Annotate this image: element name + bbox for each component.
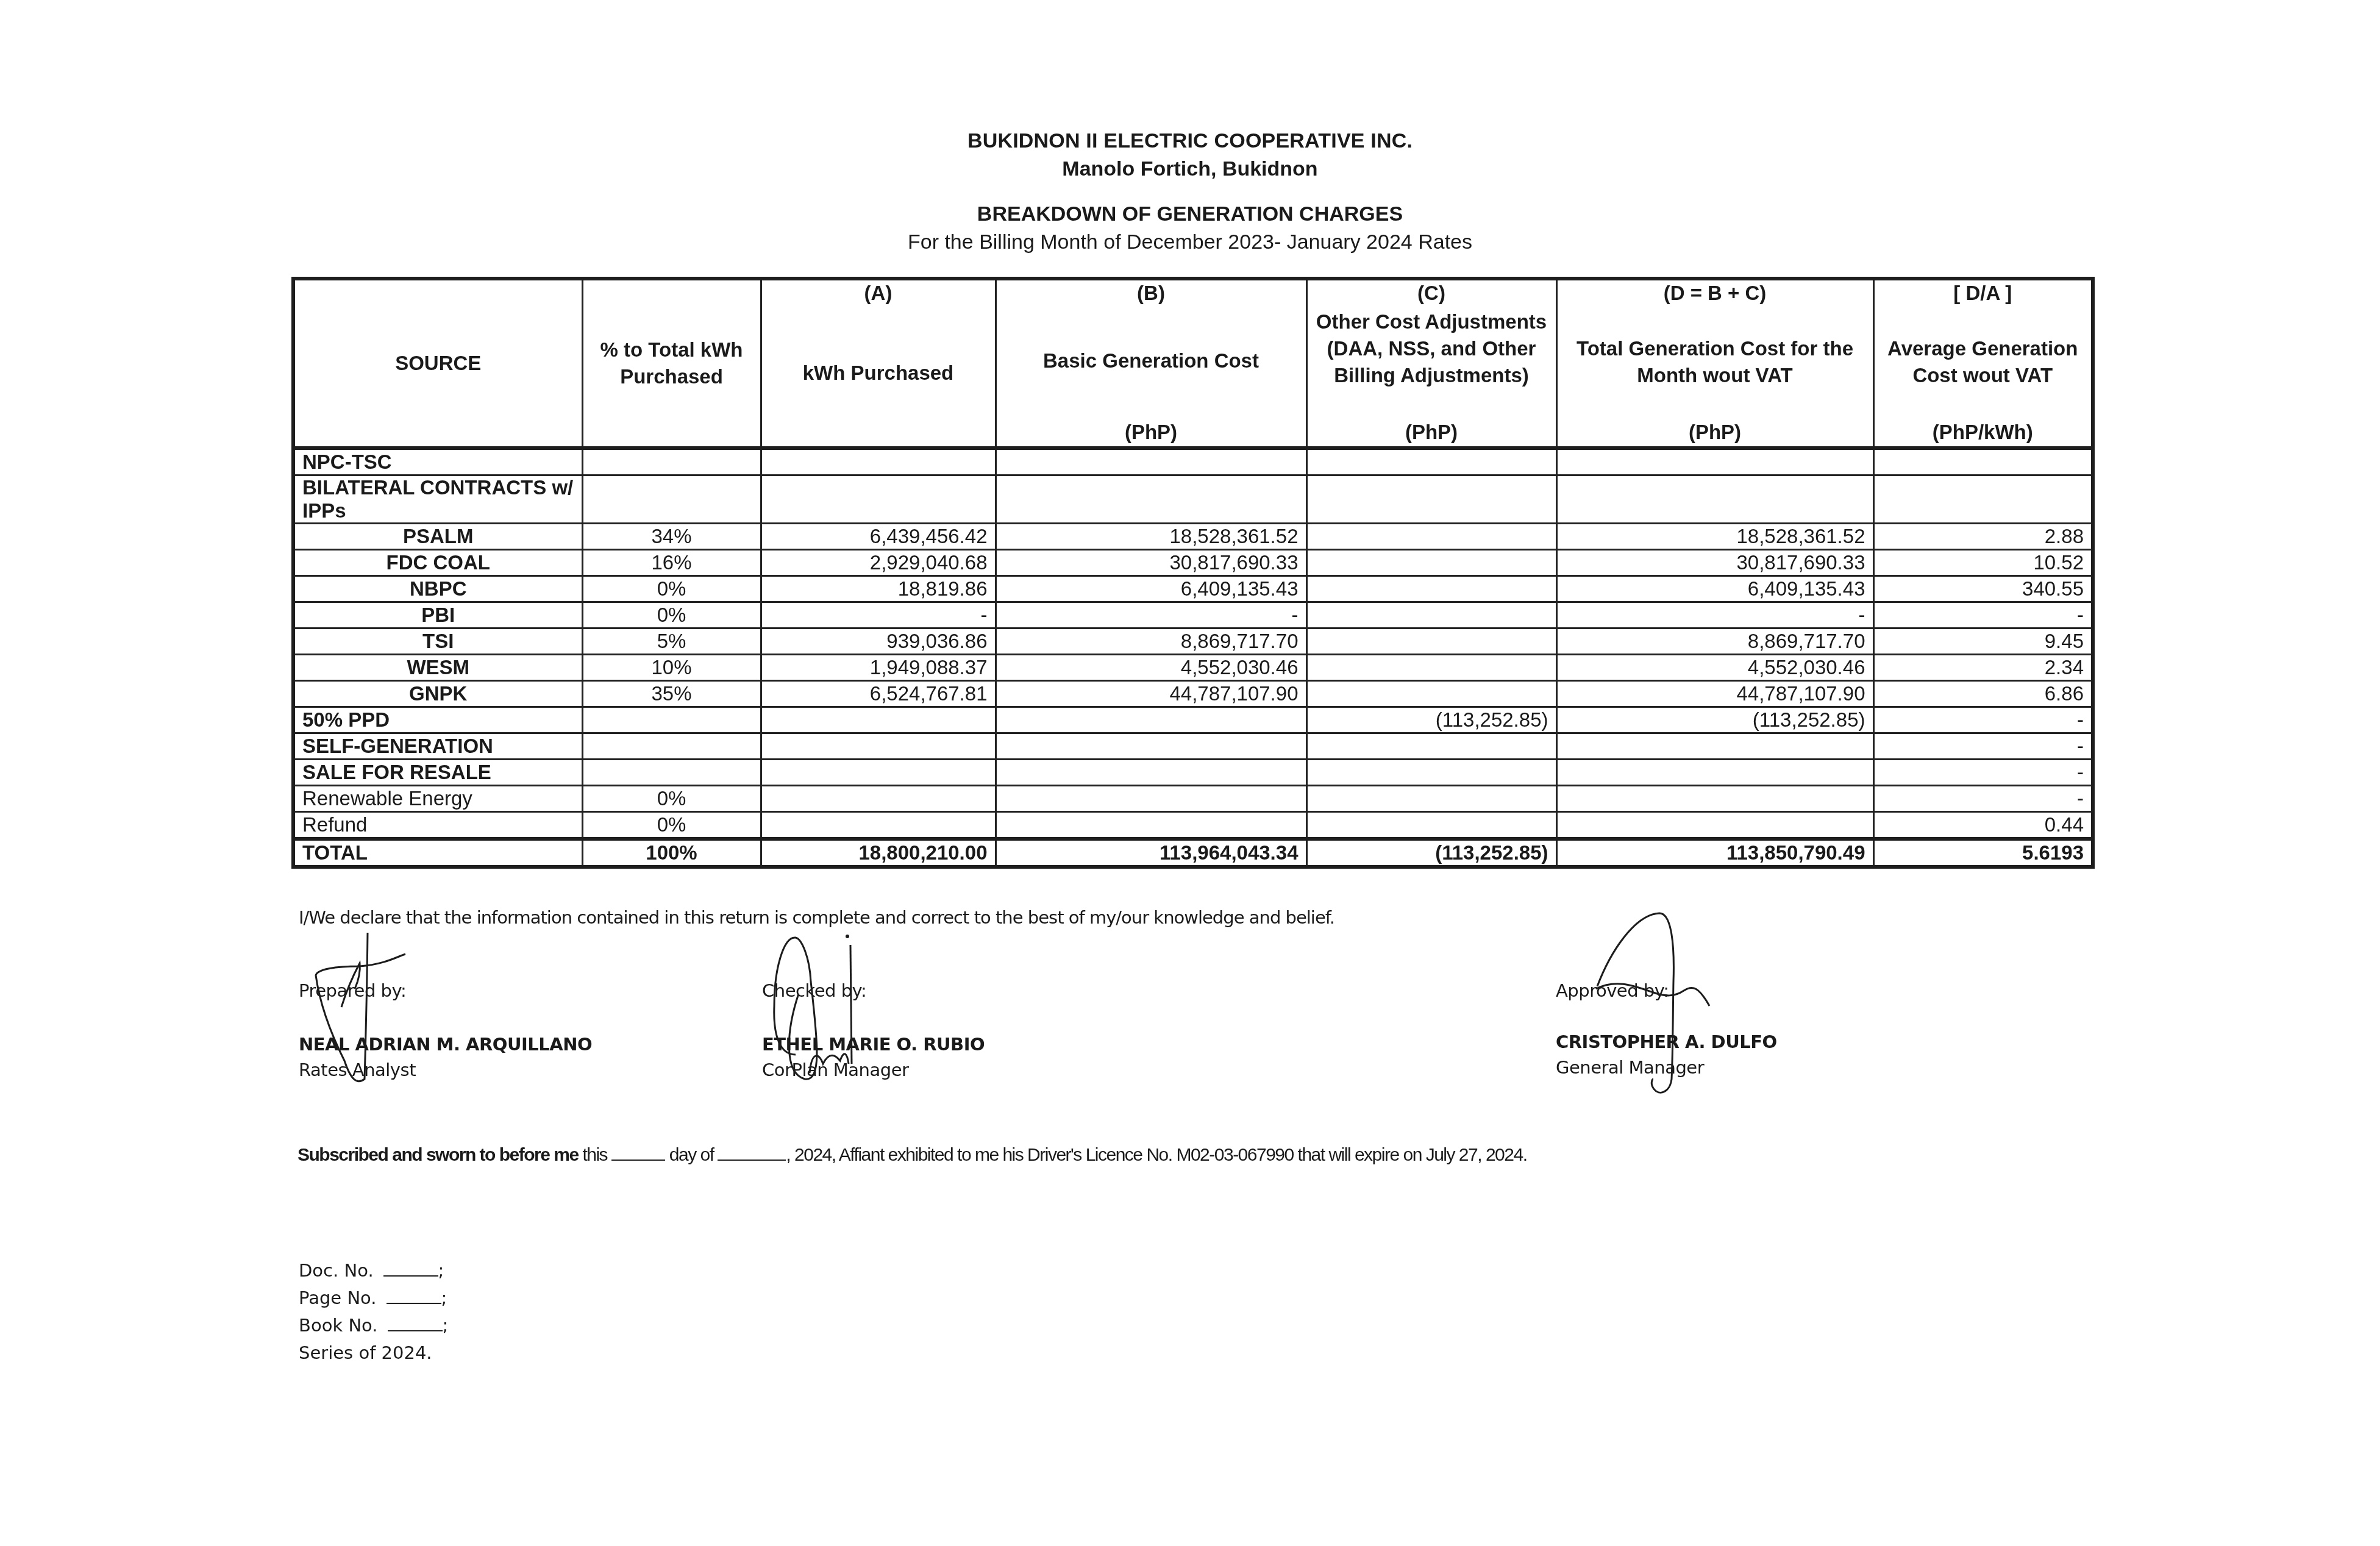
avg-cell (1873, 476, 2093, 524)
kwh-cell: 6,524,767.81 (761, 681, 996, 707)
kwh-cell: - (761, 602, 996, 629)
kwh-cell: 18,819.86 (761, 576, 996, 602)
other-cell (1306, 760, 1556, 786)
doc-no-line: Doc. No.; (299, 1257, 448, 1284)
table-row: Refund0%0.44 (293, 812, 2093, 839)
company-name: BUKIDNON II ELECTRIC COOPERATIVE INC. (0, 129, 2380, 153)
total-cell (1556, 760, 1873, 786)
basic-cell: 6,409,135.43 (996, 576, 1306, 602)
table-row: NPC-TSC (293, 448, 2093, 476)
table-row: FDC COAL16%2,929,040.6830,817,690.3330,8… (293, 550, 2093, 576)
signatory-approved: Approved by: CRISTOPHER A. DULFO General… (1556, 975, 1983, 1134)
kwh-cell (761, 707, 996, 733)
other-cell (1306, 524, 1556, 550)
oath-statement: Subscribed and sworn to before me this d… (297, 1145, 1527, 1166)
pct-cell: 0% (582, 576, 761, 602)
kwh-cell: 6,439,456.42 (761, 524, 996, 550)
avg-cell: - (1873, 602, 2093, 629)
declaration-text: I/We declare that the information contai… (299, 907, 1334, 928)
other-cell (1306, 786, 1556, 812)
table-row: BILATERAL CONTRACTS w/ IPPs (293, 476, 2093, 524)
table-row: TSI5%939,036.868,869,717.708,869,717.709… (293, 629, 2093, 655)
table-header-row: SOURCE % to Total kWh Purchased (A) kWh … (293, 279, 2093, 448)
source-cell: NBPC (293, 576, 582, 602)
basic-cell: 44,787,107.90 (996, 681, 1306, 707)
notary-block: Doc. No.; Page No.; Book No.; Series of … (299, 1257, 448, 1367)
other-cell (1306, 576, 1556, 602)
document-title: BREAKDOWN OF GENERATION CHARGES (0, 202, 2380, 226)
generation-charges-table: SOURCE % to Total kWh Purchased (A) kWh … (291, 277, 2095, 869)
source-cell: PSALM (293, 524, 582, 550)
total-kwh-cell: 18,800,210.00 (761, 839, 996, 867)
source-cell: WESM (293, 655, 582, 681)
signatory-prepared: Prepared by: NEAL ADRIAN M. ARQUILLANO R… (299, 975, 725, 1134)
pct-cell: 0% (582, 786, 761, 812)
pct-cell: 5% (582, 629, 761, 655)
other-cell (1306, 812, 1556, 839)
kwh-cell (761, 786, 996, 812)
kwh-cell (761, 733, 996, 760)
total-cell: 44,787,107.90 (1556, 681, 1873, 707)
other-cell (1306, 655, 1556, 681)
book-no-line: Book No.; (299, 1312, 448, 1339)
day-blank (611, 1159, 665, 1161)
table-row: SELF-GENERATION- (293, 733, 2093, 760)
kwh-cell (761, 760, 996, 786)
total-cell: 4,552,030.46 (1556, 655, 1873, 681)
source-cell: GNPK (293, 681, 582, 707)
avg-cell: 9.45 (1873, 629, 2093, 655)
page-no-line: Page No.; (299, 1284, 448, 1312)
col-header-avg: [ D/A ] Average Generation Cost wout VAT… (1873, 279, 2093, 448)
total-other-cell: (113,252.85) (1306, 839, 1556, 867)
table-row: SALE FOR RESALE- (293, 760, 2093, 786)
table-row: WESM10%1,949,088.374,552,030.464,552,030… (293, 655, 2093, 681)
col-header-other: (C) Other Cost Adjustments (DAA, NSS, an… (1306, 279, 1556, 448)
basic-cell (996, 448, 1306, 476)
total-pct-cell: 100% (582, 839, 761, 867)
kwh-cell (761, 476, 996, 524)
source-cell: Refund (293, 812, 582, 839)
source-cell: PBI (293, 602, 582, 629)
table-row: PBI0%---- (293, 602, 2093, 629)
pct-cell: 0% (582, 602, 761, 629)
pct-cell: 0% (582, 812, 761, 839)
other-cell (1306, 733, 1556, 760)
total-cell: - (1556, 602, 1873, 629)
signature-prepared-icon (299, 939, 482, 1122)
total-label: TOTAL (293, 839, 582, 867)
pct-cell (582, 733, 761, 760)
other-cell (1306, 681, 1556, 707)
pct-cell: 35% (582, 681, 761, 707)
series-line: Series of 2024. (299, 1339, 448, 1367)
kwh-cell (761, 812, 996, 839)
company-location: Manolo Fortich, Bukidnon (0, 157, 2380, 181)
col-header-pct: % to Total kWh Purchased (582, 279, 761, 448)
avg-cell: - (1873, 786, 2093, 812)
table-row: PSALM34%6,439,456.4218,528,361.5218,528,… (293, 524, 2093, 550)
total-cell: 30,817,690.33 (1556, 550, 1873, 576)
kwh-cell: 2,929,040.68 (761, 550, 996, 576)
basic-cell: 30,817,690.33 (996, 550, 1306, 576)
col-header-basic: (B) Basic Generation Cost (PhP) (996, 279, 1306, 448)
table-row: 50% PPD(113,252.85)(113,252.85)- (293, 707, 2093, 733)
col-header-source: SOURCE (293, 279, 582, 448)
avg-cell: 6.86 (1873, 681, 2093, 707)
kwh-cell: 939,036.86 (761, 629, 996, 655)
pct-cell (582, 760, 761, 786)
table-row: NBPC0%18,819.866,409,135.436,409,135.433… (293, 576, 2093, 602)
basic-cell: 18,528,361.52 (996, 524, 1306, 550)
avg-cell: 340.55 (1873, 576, 2093, 602)
avg-cell: - (1873, 707, 2093, 733)
avg-cell: - (1873, 760, 2093, 786)
basic-cell (996, 476, 1306, 524)
total-cell: (113,252.85) (1556, 707, 1873, 733)
avg-cell: 2.34 (1873, 655, 2093, 681)
other-cell: (113,252.85) (1306, 707, 1556, 733)
kwh-cell: 1,949,088.37 (761, 655, 996, 681)
pct-cell: 34% (582, 524, 761, 550)
source-cell: NPC-TSC (293, 448, 582, 476)
basic-cell (996, 707, 1306, 733)
other-cell (1306, 629, 1556, 655)
signature-checked-icon (762, 933, 945, 1116)
signatory-checked: Checked by: ETHEL MARIE O. RUBIO CorPlan… (762, 975, 1189, 1134)
total-cell (1556, 476, 1873, 524)
source-cell: FDC COAL (293, 550, 582, 576)
basic-cell: 4,552,030.46 (996, 655, 1306, 681)
total-cell: 8,869,717.70 (1556, 629, 1873, 655)
document-subtitle: For the Billing Month of December 2023- … (0, 230, 2380, 254)
avg-cell: 10.52 (1873, 550, 2093, 576)
basic-cell: 8,869,717.70 (996, 629, 1306, 655)
total-basic-cell: 113,964,043.34 (996, 839, 1306, 867)
month-blank (718, 1159, 786, 1161)
basic-cell (996, 760, 1306, 786)
kwh-cell (761, 448, 996, 476)
signature-approved-icon (1556, 908, 1739, 1091)
source-cell: BILATERAL CONTRACTS w/ IPPs (293, 476, 582, 524)
total-total-cell: 113,850,790.49 (1556, 839, 1873, 867)
total-cell (1556, 786, 1873, 812)
avg-cell: 2.88 (1873, 524, 2093, 550)
total-row: TOTAL100%18,800,210.00113,964,043.34(113… (293, 839, 2093, 867)
basic-cell (996, 733, 1306, 760)
pct-cell (582, 476, 761, 524)
col-header-kwh: (A) kWh Purchased (761, 279, 996, 448)
other-cell (1306, 602, 1556, 629)
table-row: Renewable Energy0%- (293, 786, 2093, 812)
pct-cell (582, 448, 761, 476)
other-cell (1306, 550, 1556, 576)
total-avg-cell: 5.6193 (1873, 839, 2093, 867)
basic-cell: - (996, 602, 1306, 629)
col-header-total: (D = B + C) Total Generation Cost for th… (1556, 279, 1873, 448)
basic-cell (996, 786, 1306, 812)
other-cell (1306, 448, 1556, 476)
source-cell: SALE FOR RESALE (293, 760, 582, 786)
total-cell: 18,528,361.52 (1556, 524, 1873, 550)
total-cell (1556, 448, 1873, 476)
source-cell: SELF-GENERATION (293, 733, 582, 760)
total-cell (1556, 812, 1873, 839)
other-cell (1306, 476, 1556, 524)
basic-cell (996, 812, 1306, 839)
pct-cell: 10% (582, 655, 761, 681)
table-row: GNPK35%6,524,767.8144,787,107.9044,787,1… (293, 681, 2093, 707)
avg-cell (1873, 448, 2093, 476)
total-cell: 6,409,135.43 (1556, 576, 1873, 602)
source-cell: 50% PPD (293, 707, 582, 733)
pct-cell: 16% (582, 550, 761, 576)
total-cell (1556, 733, 1873, 760)
avg-cell: 0.44 (1873, 812, 2093, 839)
source-cell: TSI (293, 629, 582, 655)
pct-cell (582, 707, 761, 733)
source-cell: Renewable Energy (293, 786, 582, 812)
avg-cell: - (1873, 733, 2093, 760)
